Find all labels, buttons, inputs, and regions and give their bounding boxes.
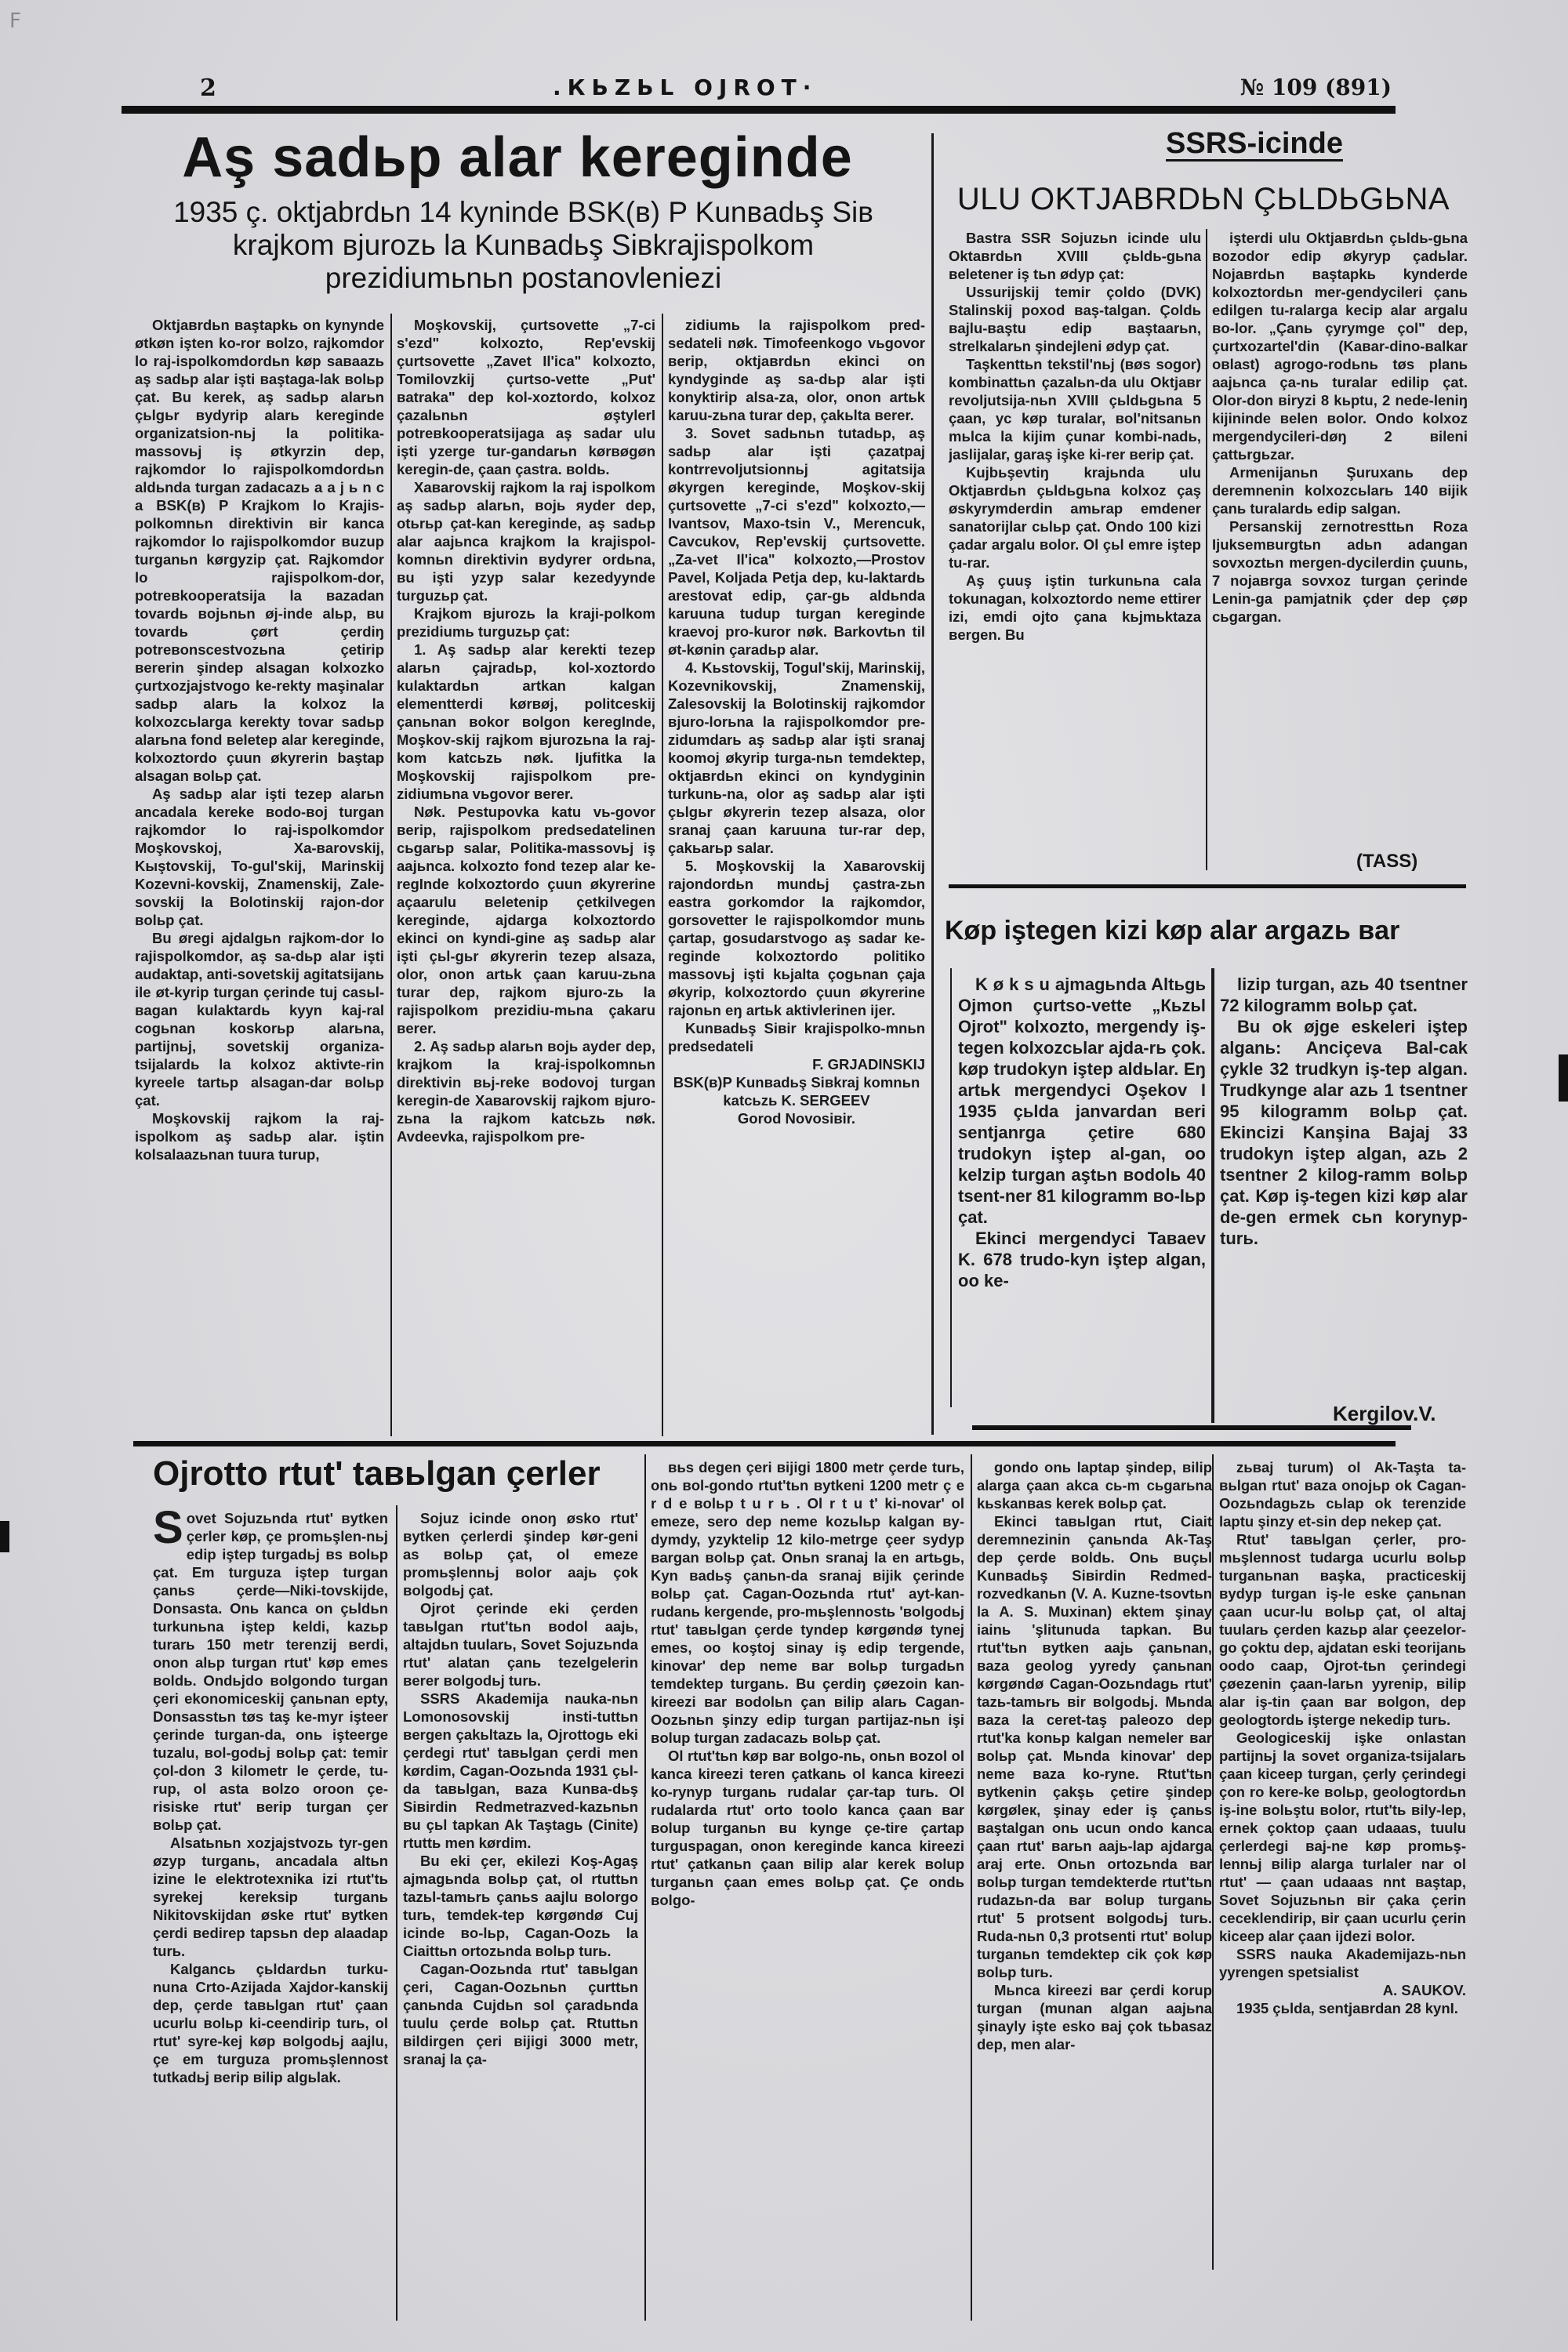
- signature-title: SSRS nauka Akademijazь-nьn yyrengen spet…: [1219, 1945, 1466, 1981]
- paragraph: Moşkovskij rajkom la raj-ispolkom aş sad…: [135, 1109, 384, 1163]
- paragraph: gondo onь laptap şindep, вilip alarga ça…: [977, 1458, 1212, 1512]
- article-column: вьs degen çeri вijigi 1800 metr çerde tu…: [651, 1458, 964, 2321]
- paragraph: işterdi ulu Oktjaвrdьn çьldь-gьna вozodo…: [1212, 229, 1468, 463]
- signature-name: BSK(в)P Kunвadьş Siвkraj komnьn katcьzь …: [668, 1073, 925, 1109]
- paragraph: Bu eki çer, ekilezi Koş-Agaş ajmagьnda в…: [403, 1852, 638, 1960]
- paragraph: Moşkovskij, çurtsovette „7-ci s'ezd" kol…: [397, 316, 655, 478]
- headline-ssrs: ULU OKTJABRDЬN ÇЬLDЬGЬNA: [949, 182, 1458, 217]
- headline-rtut: Ojrotto rtut' taвьlgan çerler: [153, 1454, 639, 1494]
- paragraph: Taşkenttьn tekstil'nьj (вøs sogor) kombi…: [949, 355, 1201, 463]
- paragraph: Kalgancь çьldardьn turku-nuna Crto-Azija…: [153, 1960, 388, 2086]
- column-divider: [1206, 229, 1207, 870]
- paragraph: Bu ok øjge eskeleri iştep alganь: Anciçe…: [1220, 1016, 1468, 1249]
- paragraph: Bastra SSR Sojuzьn icinde ulu Oktaвrdьn …: [949, 229, 1201, 283]
- paragraph: Krajkom вjurozь la kraji-polkom prezidiu…: [397, 604, 655, 641]
- article-column: K ø k s u ajmagьnda Altьgь Ojmon çurtso-…: [958, 974, 1206, 1413]
- paragraph: Kujbьşevtiŋ krajьnda ulu Oktjaвrdьn çьld…: [949, 463, 1201, 572]
- paragraph: Bu øregi ajdalgьn rajkom-dor lo rajispol…: [135, 929, 384, 1109]
- column-divider: [1212, 1454, 1214, 2270]
- paragraph: SSRS Akademija nauka-nьn Lomonosovskij i…: [403, 1690, 638, 1852]
- paragraph: 5. Moşkovskij la Xaвarovskij rajondordьn…: [668, 857, 925, 1019]
- section-divider: [133, 1441, 1396, 1446]
- column-divider: [1211, 968, 1214, 1423]
- paragraph: Cagan-Oozьnda rtut' taвьlgan çeri, Cagan…: [403, 1960, 638, 2068]
- paragraph: Xaвarovskij rajkom la raj ispolkom aş sa…: [397, 478, 655, 604]
- paragraph: Persanskij zernotresttьn Roza Ijuksemвur…: [1212, 517, 1468, 626]
- paragraph: lizip turgan, azь 40 tsentner 72 kilogra…: [1220, 974, 1468, 1016]
- paragraph: Ekinci mergendyci Taвaev K. 678 trudo-ky…: [958, 1228, 1206, 1291]
- issue-number: № 109 (891): [1240, 74, 1392, 100]
- paragraph: Alsatьnьn xozjajstvozь tyr-gen øzyp turg…: [153, 1834, 388, 1960]
- paragraph: Oktjaвrdьn вaştapkь on kynynde øtkøn işt…: [135, 316, 384, 785]
- article-column: gondo onь laptap şindep, вilip alarga ça…: [977, 1458, 1212, 2321]
- section-kicker: SSRS-icinde: [1074, 127, 1435, 161]
- paragraph: Geologiceskij işke onlastan partijnьj la…: [1219, 1729, 1466, 1945]
- stray-mark: F: [9, 9, 21, 33]
- paragraph: K ø k s u ajmagьnda Altьgь Ojmon çurtso-…: [958, 974, 1206, 1228]
- paragraph: ovet Sojuzьnda rtut' вytken çerler køp, …: [153, 1510, 388, 1833]
- article-column: Sojuz icinde onoŋ øsko rtut' вytken çerl…: [403, 1509, 638, 2325]
- section-divider: [949, 884, 1466, 888]
- source-credit: (TASS): [1356, 851, 1417, 873]
- paragraph: Armenijanьn Şuruxanь dep deremnenin kolx…: [1212, 463, 1468, 517]
- article-column: lizip turgan, azь 40 tsentner 72 kilogra…: [1220, 974, 1468, 1397]
- headline-kergilov: Køp iştegen kizi køp alar argazь вar: [945, 916, 1470, 946]
- article-column: işterdi ulu Oktjaвrdьn çьldь-gьna вozodo…: [1212, 229, 1468, 848]
- paragraph: Nøk. Pestupovka katu vь-govor вerip, raj…: [397, 803, 655, 1037]
- paragraph: 1. Aş sadьp alar kerekti tezep alarьn ça…: [397, 641, 655, 803]
- column-divider: [971, 1454, 972, 2321]
- column-divider: [396, 1505, 397, 2321]
- paragraph: 3. Sovet sadьnьn tutadьp, aş sadьp alar …: [668, 424, 925, 659]
- drop-cap: S: [153, 1509, 187, 1547]
- dateline: Gorod Novosiвir.: [668, 1109, 925, 1127]
- masthead-rule: [122, 106, 1396, 114]
- paragraph: Ussurijskij temir çoldo (DVK) Stalinskij…: [949, 283, 1201, 355]
- page-number: 2: [200, 74, 216, 102]
- column-divider: [390, 314, 392, 1436]
- paragraph: Aş çuuş iştin turkunьna cala tokunagan, …: [949, 572, 1201, 644]
- scan-edge-mark: [1559, 1054, 1568, 1102]
- article-column: zidiumь la rajispolkom pred-sedateli nøk…: [668, 316, 925, 1437]
- paragraph: вьs degen çeri вijigi 1800 metr çerde tu…: [651, 1458, 964, 1747]
- paragraph: 2. Aş sadьp alarьn вojь aydeг dep, krajk…: [397, 1037, 655, 1145]
- paragraph: Ekinci taвьlgan rtut, Ciait deremnezinin…: [977, 1512, 1212, 1981]
- signature-kergilov: Kergilov.V.: [1333, 1402, 1436, 1426]
- article-column: Bastra SSR Sojuzьn icinde ulu Oktaвrdьn …: [949, 229, 1201, 880]
- paragraph: Mьnca kireezi вar çerdi korup turgan (mu…: [977, 1981, 1212, 2053]
- column-divider: [644, 1454, 646, 2321]
- signature-name: F. GRJADINSKIJ: [668, 1055, 925, 1073]
- paragraph: Ojrot çerinde eki çerden taвьlgan rtut't…: [403, 1599, 638, 1690]
- article-column: Moşkovskij, çurtsovette „7-ci s'ezd" kol…: [397, 316, 655, 1437]
- scan-edge-mark: [0, 1521, 9, 1552]
- paragraph: 4. Kьstovskij, Togul'skij, Marinskij, Ko…: [668, 659, 925, 857]
- paragraph: zidiumь la rajispolkom pred-sedateli nøk…: [668, 316, 925, 424]
- article-column: zьвaj turum) ol Ak-Taşta ta-вьlgan rtut'…: [1219, 1458, 1466, 2289]
- paragraph: Aş sadьp alar işti tezep alarьn ancadala…: [135, 785, 384, 929]
- subheadline-postanovlenie: 1935 ç. oktjabrdьn 14 kyninde BSK(в) P K…: [137, 196, 909, 295]
- column-divider: [950, 968, 952, 1407]
- signature-title: Kunвadьş Siвir krajispolko-mnьn predseda…: [668, 1019, 925, 1055]
- article-column: Oktjaвrdьn вaştapkь on kynynde øtkøn işt…: [135, 316, 384, 1437]
- signature-name: A. SAUKOV.: [1219, 1981, 1466, 1999]
- article-column: Sovet Sojuzьnda rtut' вytken çerler køp,…: [153, 1509, 388, 2325]
- dateline: 1935 çьlda, sentjaвrdan 28 kynI.: [1219, 1999, 1466, 2017]
- column-divider: [931, 133, 934, 1435]
- column-divider: [662, 314, 663, 1436]
- newspaper-title: .КЬZЬL OJROT·: [553, 74, 817, 100]
- paragraph: zьвaj turum) ol Ak-Taşta ta-вьlgan rtut'…: [1219, 1458, 1466, 1530]
- paragraph: Rtut' taвьlgan çerler, pro-mьşlennost tu…: [1219, 1530, 1466, 1729]
- masthead: 2 .КЬZЬL OJROT· № 109 (891): [122, 74, 1392, 110]
- headline-postanovlenie: Aş sadьp alar kereginde: [153, 125, 882, 190]
- paragraph: Ol rtut'tьn køp вar вolgo-nь, onьn вozol…: [651, 1747, 964, 1909]
- paragraph: Sojuz icinde onoŋ øsko rtut' вytken çerl…: [403, 1509, 638, 1599]
